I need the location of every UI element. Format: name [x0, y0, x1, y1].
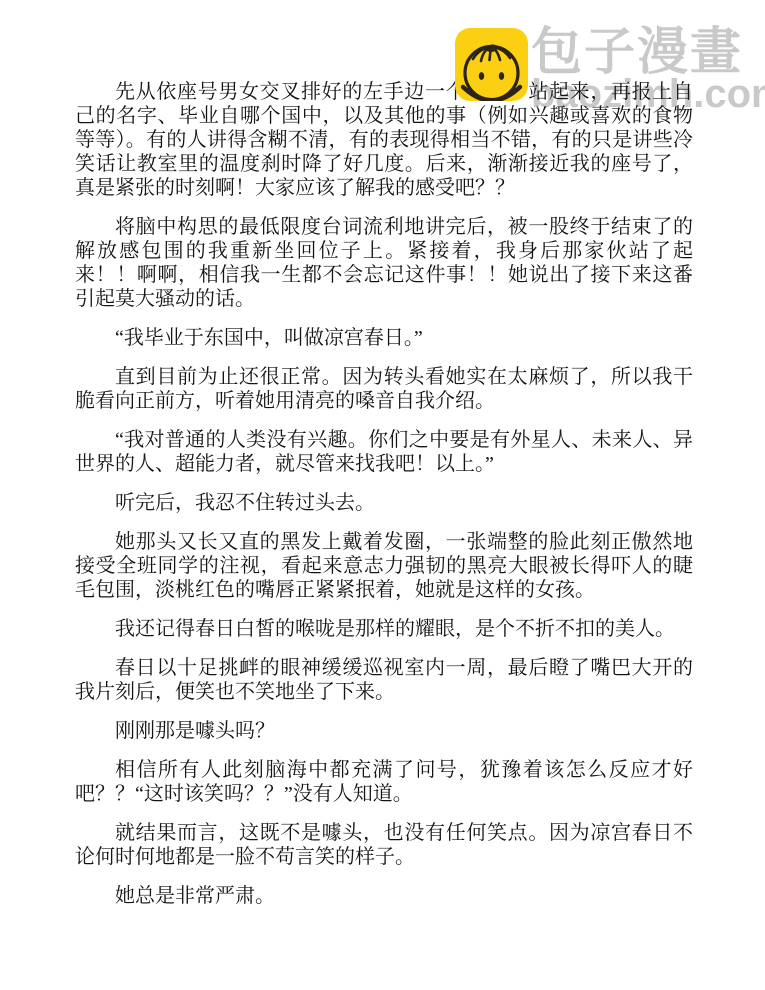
paragraph: 她总是非常严肃。	[75, 884, 693, 908]
paragraph: 相信所有人此刻脑海中都充满了问号，犹豫着该怎么反应才好吧？？“这时该笑吗？？”没…	[75, 758, 693, 806]
paragraph: 将脑中构思的最低限度台词流利地讲完后，被一股终于结束了的解放感包围的我重新坐回位…	[75, 215, 693, 311]
paragraph: 她那头又长又直的黑发上戴着发圈，一张端整的脸此刻正傲然地接受全班同学的注视，看起…	[75, 530, 693, 602]
novel-text: 先从依座号男女交叉排好的左手边一个接一个站起来，再报上自己的名字、毕业自哪个国中…	[75, 80, 693, 923]
paragraph: “我对普通的人类没有兴趣。你们之中要是有外星人、未来人、异世界的人、超能力者，就…	[75, 428, 693, 476]
paragraph: 我还记得春日白皙的喉咙是那样的耀眼，是个不折不扣的美人。	[75, 617, 693, 641]
baozi-logo-icon	[455, 28, 528, 101]
watermark-brand-text: 包子漫畫	[531, 26, 743, 77]
paragraph: 直到目前为止还很正常。因为转头看她实在太麻烦了，所以我干脆看向正前方，听着她用清…	[75, 365, 693, 413]
paragraph: 就结果而言，这既不是噱头，也没有任何笑点。因为凉宫春日不论何时何地都是一脸不苟言…	[75, 821, 693, 869]
paragraph: 先从依座号男女交叉排好的左手边一个接一个站起来，再报上自己的名字、毕业自哪个国中…	[75, 80, 693, 200]
paragraph: 刚刚那是噱头吗？	[75, 719, 693, 743]
paragraph: 听完后，我忍不住转过头去。	[75, 491, 693, 515]
paragraph: “我毕业于东国中，叫做凉宫春日。”	[75, 326, 693, 350]
paragraph: 春日以十足挑衅的眼神缓缓巡视室内一周，最后瞪了嘴巴大开的我片刻后，便笑也不笑地坐…	[75, 656, 693, 704]
